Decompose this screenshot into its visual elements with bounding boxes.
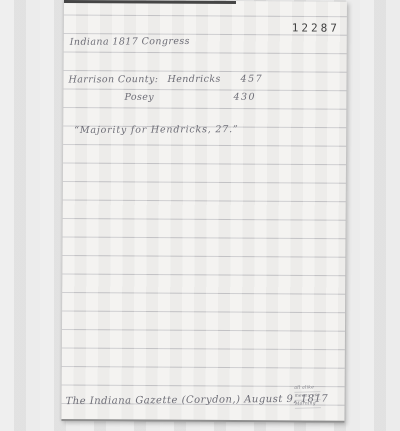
vote-count: 457 bbox=[240, 74, 263, 85]
index-card: 12287 Indiana 1817 Congress Harrison Cou… bbox=[61, 0, 347, 423]
card-top-edge-shadow bbox=[64, 0, 236, 4]
candidate-name: Posey bbox=[124, 92, 154, 103]
catalog-number-stamp: 12287 bbox=[292, 21, 340, 34]
result-row-hendricks: Harrison County: Hendricks 457 bbox=[68, 73, 338, 85]
card-title-handwritten: Indiana 1817 Congress bbox=[70, 36, 190, 48]
majority-quote: “Majority for Hendricks, 27.” bbox=[74, 124, 238, 136]
vote-count: 430 bbox=[233, 92, 256, 103]
margin-note-line: Morning bbox=[295, 400, 321, 409]
candidate-name: Hendricks bbox=[167, 74, 220, 85]
source-citation: The Indiana Gazette (Corydon,) August 9,… bbox=[66, 394, 329, 408]
county-label: Harrison County: bbox=[68, 74, 158, 85]
margin-pencil-note: all alike means are Morning bbox=[294, 384, 320, 409]
